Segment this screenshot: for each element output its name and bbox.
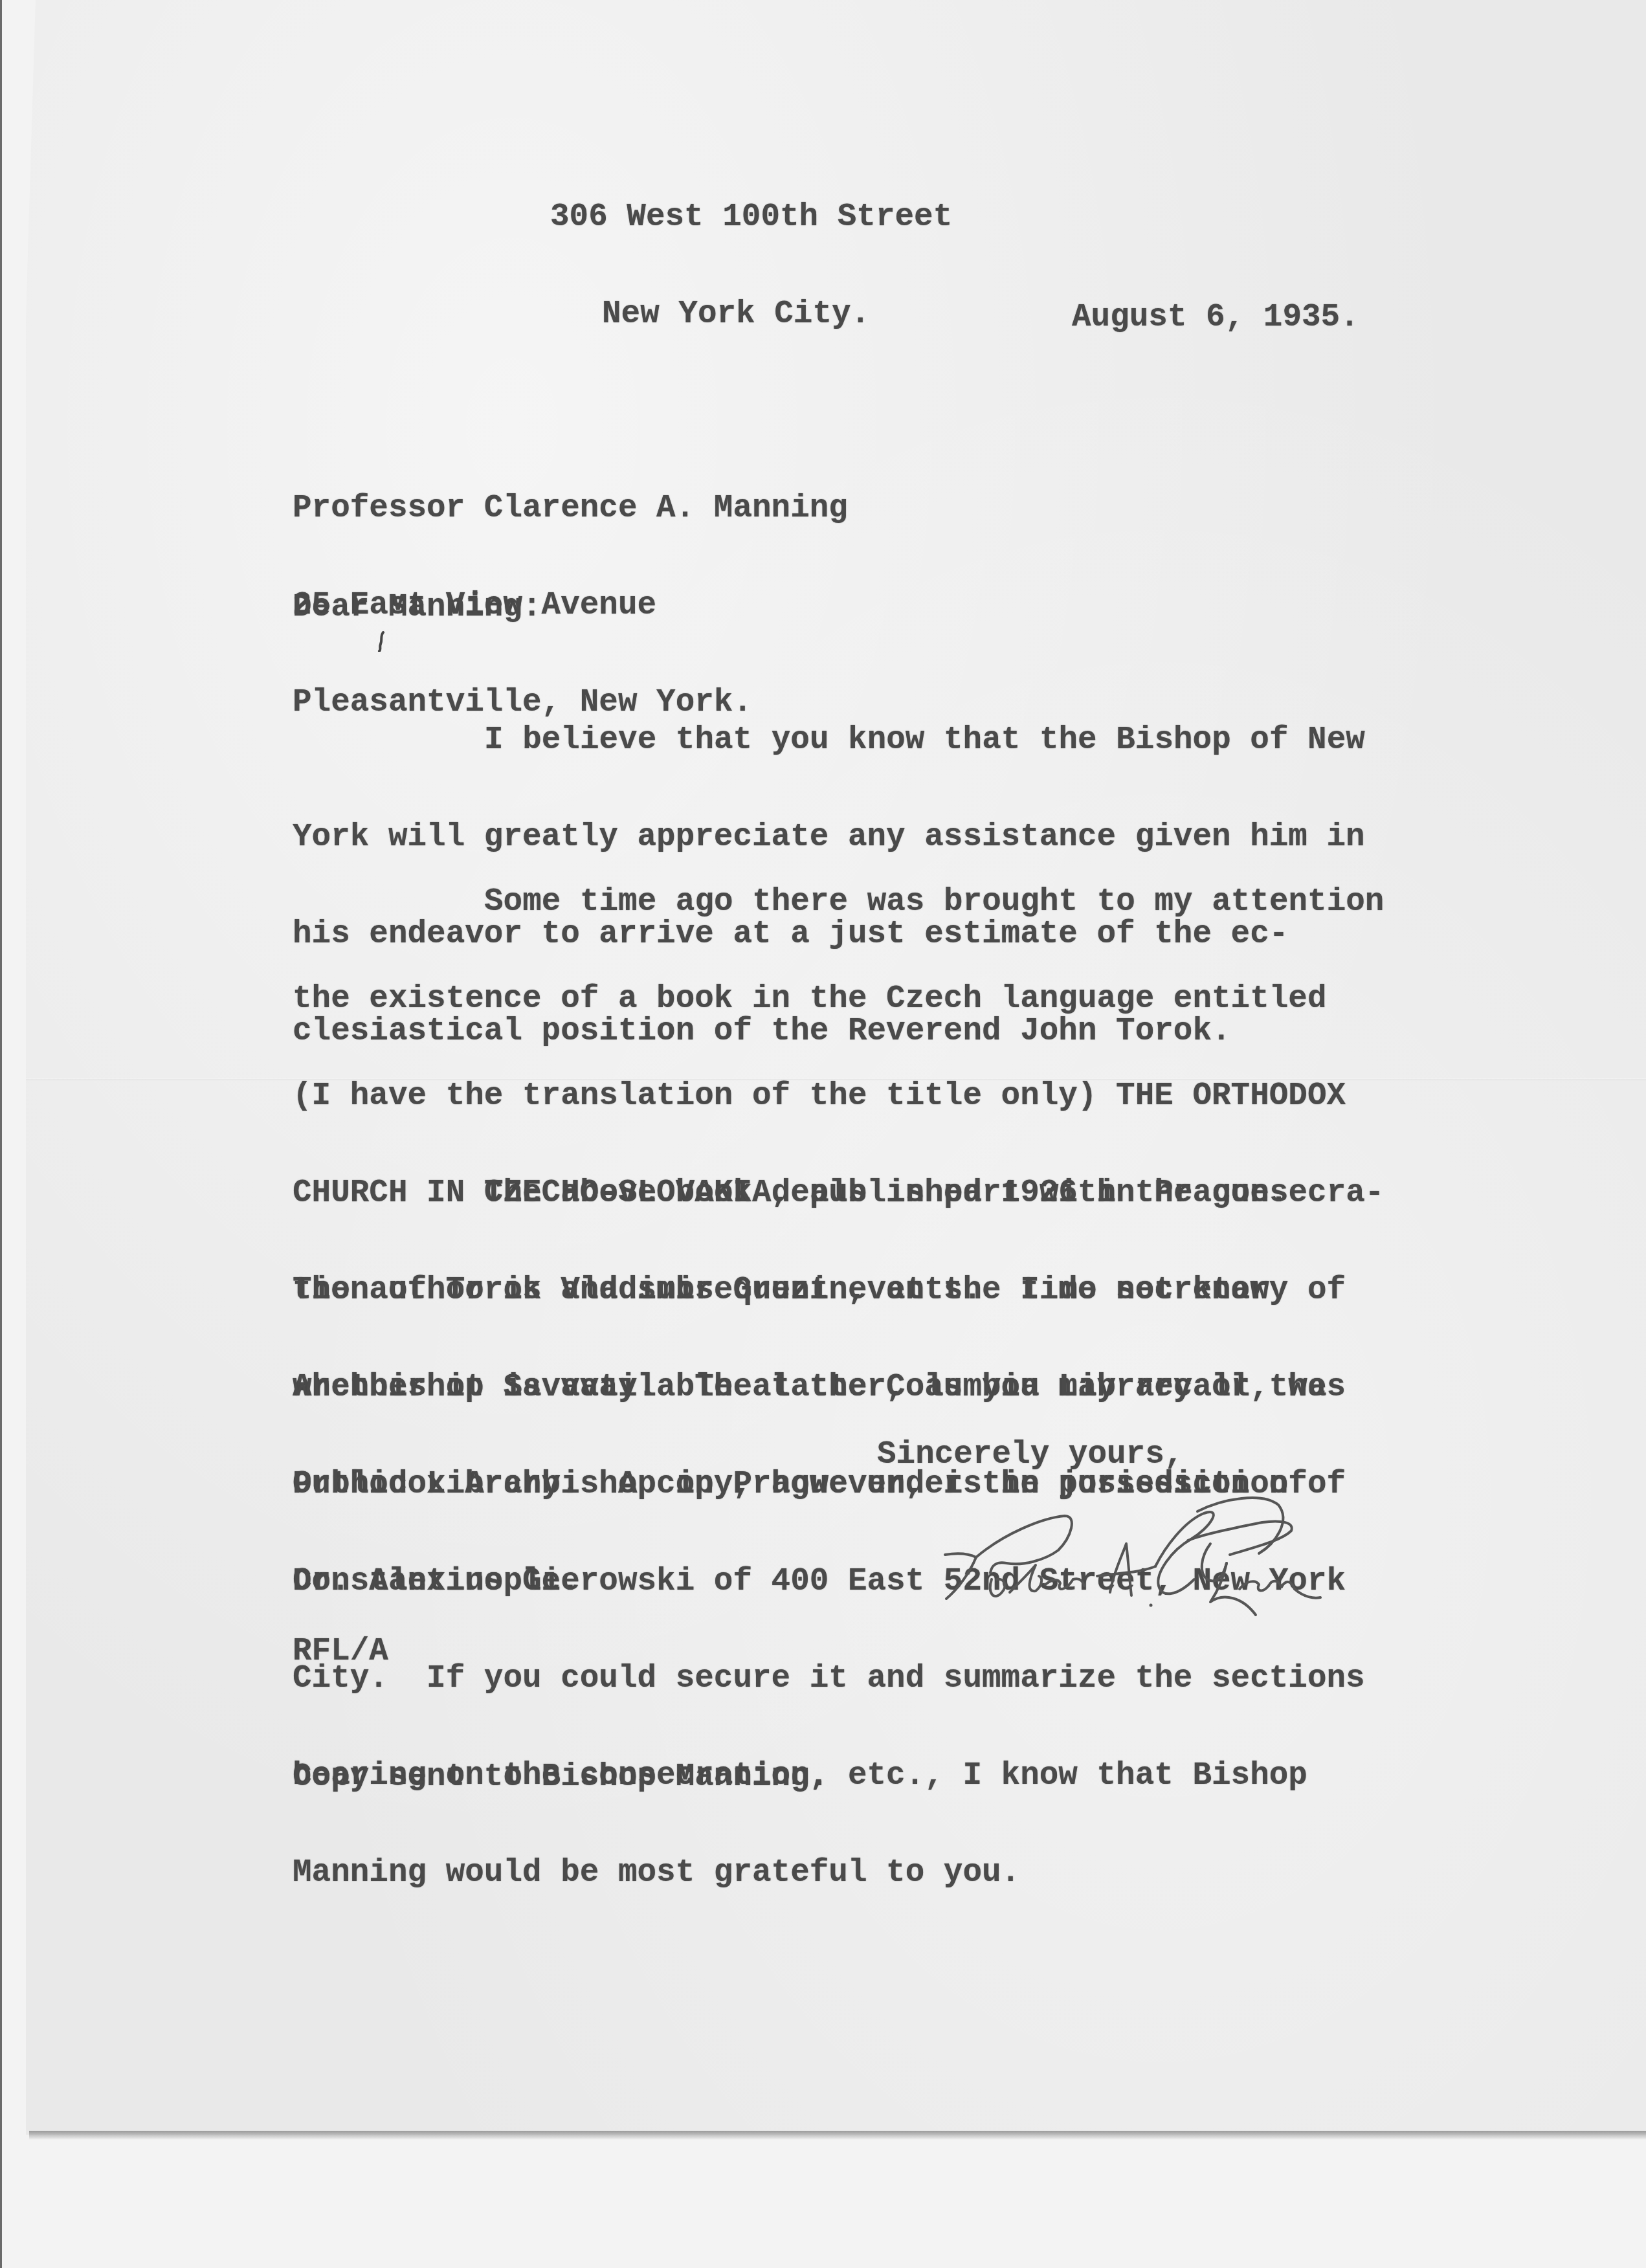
paragraph-line: The above book deals in part with the co… — [293, 1177, 1384, 1209]
paragraph-line: City. If you could secure it and summari… — [293, 1662, 1384, 1695]
paper-bottom-shadow — [29, 2131, 1646, 2140]
paragraph-line: Some time ago there was brought to my at… — [293, 885, 1384, 918]
paragraph-line: (I have the translation of the title onl… — [293, 1080, 1384, 1112]
paragraph-line: the existence of a book in the Czech lan… — [293, 983, 1384, 1015]
salutation: Dear Manning: — [293, 591, 542, 623]
paragraph-line: Manning would be most grateful to you. — [293, 1856, 1384, 1889]
reference-initials: RFL/A — [293, 1635, 388, 1667]
paragraph-line: tion of Torok and subsequent events. I d… — [293, 1274, 1384, 1306]
letter-date: August 6, 1935. — [1072, 301, 1359, 333]
recipient-name: Professor Clarence A. Manning — [293, 492, 848, 524]
sender-address-line-1: 306 West 100th Street — [550, 201, 952, 233]
scanned-page: 306 West 100th Street New York City. Aug… — [0, 0, 1646, 2268]
paragraph-line: whether it is available at the Columbia … — [293, 1371, 1384, 1403]
stray-ink-mark — [377, 631, 385, 652]
paragraph-line: I believe that you know that the Bishop … — [293, 724, 1365, 756]
sender-address-line-2: New York City. — [550, 298, 952, 330]
closing: Sincerely yours, — [877, 1438, 1183, 1471]
sender-address: 306 West 100th Street New York City. — [550, 136, 952, 395]
copy-notation: Copy sent to Bishop Manning. — [293, 1761, 829, 1793]
handwritten-signature — [932, 1482, 1528, 1631]
